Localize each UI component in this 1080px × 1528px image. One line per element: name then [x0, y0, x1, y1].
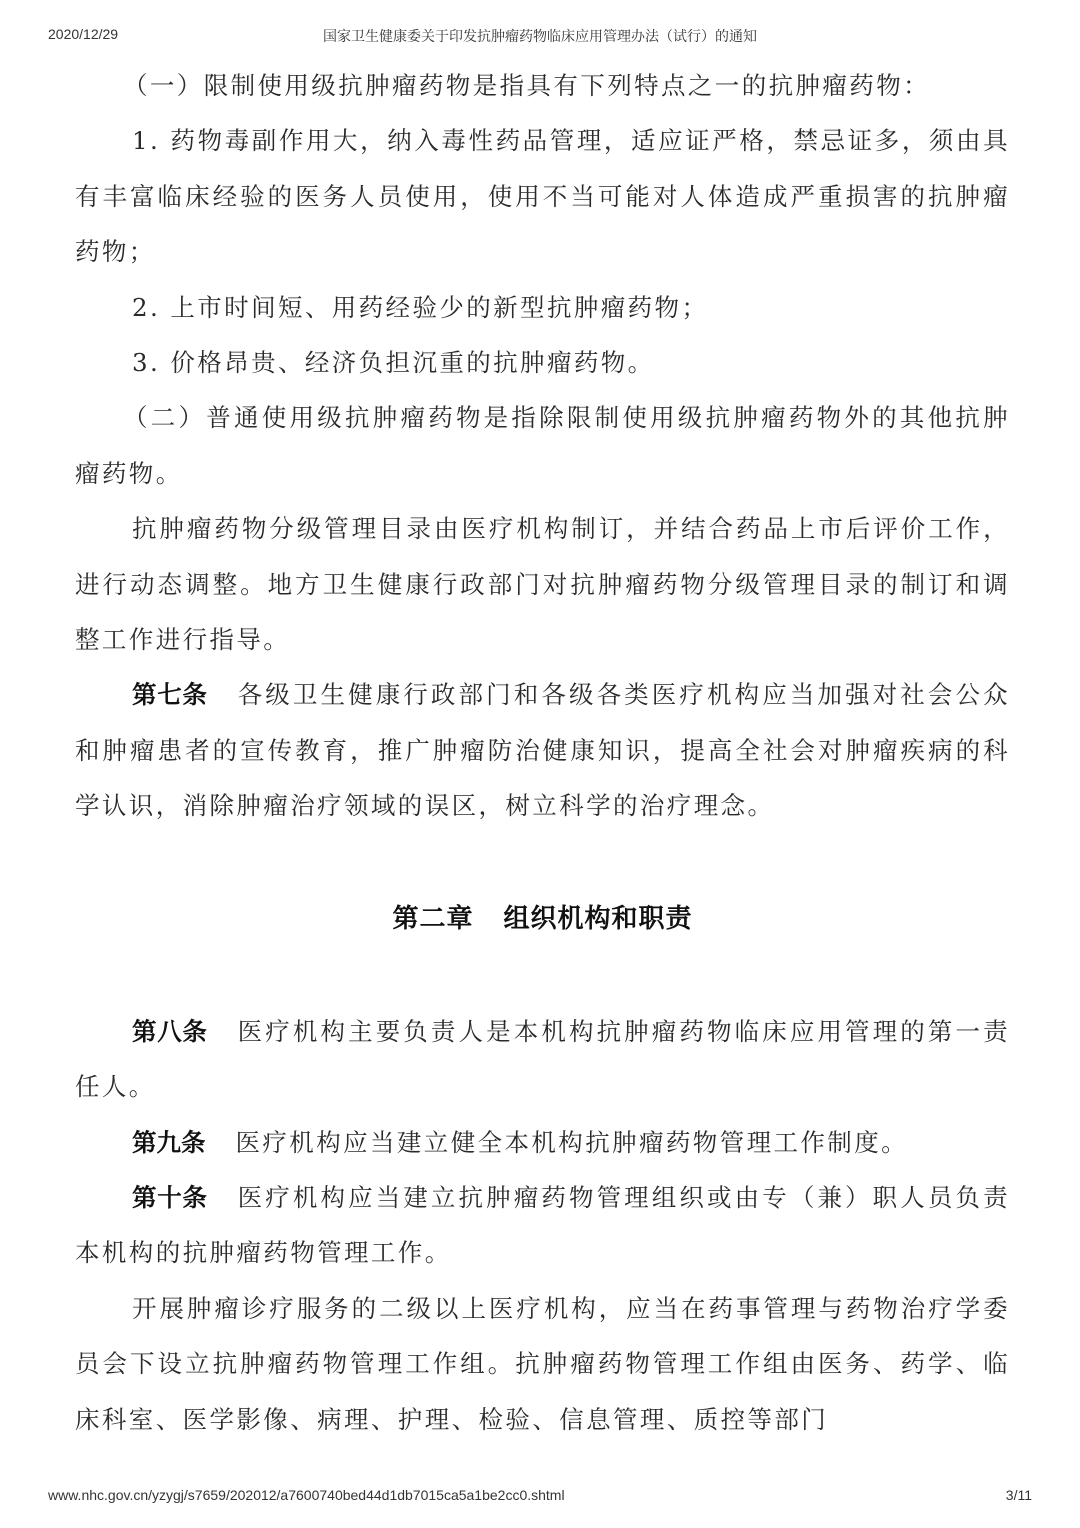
print-header: 2020/12/29 国家卫生健康委关于印发抗肿瘤药物临床应用管理办法（试行）的…	[0, 26, 1080, 46]
article-7-text: 各级卫生健康行政部门和各级各类医疗机构应当加强对社会公众和肿瘤患者的宣传教育，推…	[75, 680, 1010, 820]
article-9-label: 第九条	[132, 1128, 206, 1157]
chapter-heading: 第二章组织机构和职责	[75, 834, 1010, 1004]
chapter-number: 第二章	[392, 904, 473, 934]
article-10-text: 医疗机构应当建立抗肿瘤药物管理组织或由专（兼）职人员负责本机构的抗肿瘤药物管理工…	[75, 1183, 1010, 1267]
document-title: 国家卫生健康委关于印发抗肿瘤药物临床应用管理办法（试行）的通知	[0, 26, 1080, 46]
paragraph-working-group: 开展肿瘤诊疗服务的二级以上医疗机构，应当在药事管理与药物治疗学委员会下设立抗肿瘤…	[75, 1281, 1010, 1447]
paragraph-ordinary-definition: （二）普通使用级抗肿瘤药物是指除限制使用级抗肿瘤药物外的其他抗肿瘤药物。	[75, 390, 1010, 501]
article-9: 第九条医疗机构应当建立健全本机构抗肿瘤药物管理工作制度。	[75, 1115, 1010, 1170]
article-8-text: 医疗机构主要负责人是本机构抗肿瘤药物临床应用管理的第一责任人。	[75, 1017, 1010, 1101]
article-10-label: 第十条	[132, 1183, 208, 1212]
article-8-label: 第八条	[132, 1017, 208, 1046]
chapter-title: 组织机构和职责	[504, 904, 693, 934]
article-8: 第八条医疗机构主要负责人是本机构抗肿瘤药物临床应用管理的第一责任人。	[75, 1004, 1010, 1115]
paragraph-restricted-definition: （一）限制使用级抗肿瘤药物是指具有下列特点之一的抗肿瘤药物：	[75, 58, 1010, 113]
page-number: 3/11	[1006, 1487, 1032, 1503]
paragraph-catalog-management: 抗肿瘤药物分级管理目录由医疗机构制订，并结合药品上市后评价工作，进行动态调整。地…	[75, 501, 1010, 667]
article-7-label: 第七条	[132, 680, 208, 709]
article-7: 第七条各级卫生健康行政部门和各级各类医疗机构应当加强对社会公众和肿瘤患者的宣传教…	[75, 667, 1010, 833]
document-body: （一）限制使用级抗肿瘤药物是指具有下列特点之一的抗肿瘤药物： 1. 药物毒副作用…	[75, 58, 1010, 1447]
article-10: 第十条医疗机构应当建立抗肿瘤药物管理组织或由专（兼）职人员负责本机构的抗肿瘤药物…	[75, 1170, 1010, 1281]
article-9-text: 医疗机构应当建立健全本机构抗肿瘤药物管理工作制度。	[236, 1128, 909, 1157]
paragraph-item-3: 3. 价格昂贵、经济负担沉重的抗肿瘤药物。	[75, 335, 1010, 390]
paragraph-item-2: 2. 上市时间短、用药经验少的新型抗肿瘤药物；	[75, 280, 1010, 335]
paragraph-item-1: 1. 药物毒副作用大，纳入毒性药品管理，适应证严格，禁忌证多，须由具有丰富临床经…	[75, 113, 1010, 279]
print-footer: www.nhc.gov.cn/yzygj/s7659/202012/a76007…	[0, 1487, 1080, 1507]
source-url: www.nhc.gov.cn/yzygj/s7659/202012/a76007…	[48, 1487, 565, 1503]
